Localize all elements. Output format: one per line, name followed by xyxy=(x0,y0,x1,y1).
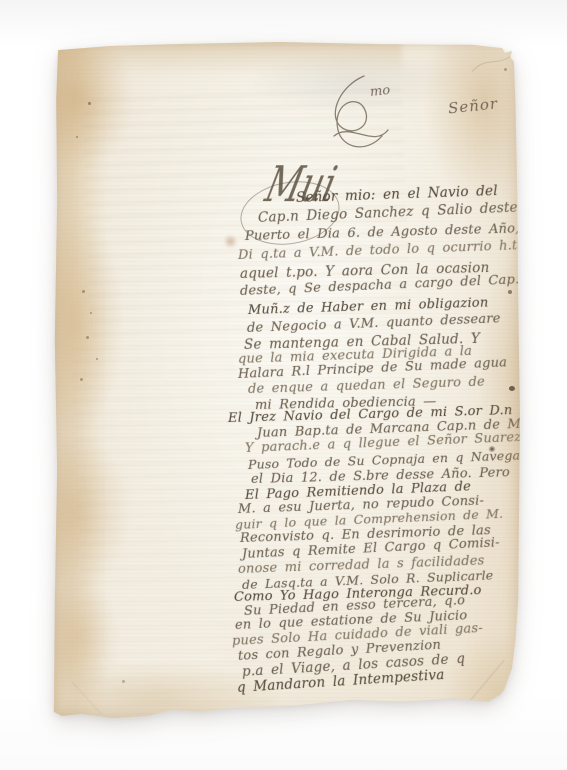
crease-bottom-right xyxy=(460,660,504,713)
foxing-dot xyxy=(122,680,125,683)
heading-superscript: mo xyxy=(369,83,391,100)
foxing-dot xyxy=(96,358,98,360)
corner-flourish xyxy=(470,44,520,80)
foxing-dot xyxy=(82,290,85,293)
foxing-dot xyxy=(88,102,91,105)
foxing-dot xyxy=(90,312,92,314)
stain-top-right-blotch xyxy=(424,42,520,207)
foxing-dot xyxy=(80,378,83,381)
stain-left-band xyxy=(52,40,106,718)
stain-bottom-right-corner xyxy=(447,635,520,718)
stain-left-mid-blob xyxy=(52,215,122,430)
stain-small-spot xyxy=(223,235,238,248)
foxing-dot xyxy=(86,336,89,339)
manuscript-page-wrap: mo Señor Mui Señor mio: en el Navio del … xyxy=(52,40,520,718)
foxing-dot xyxy=(76,136,78,138)
ink-speck xyxy=(508,290,512,294)
stain-top-band xyxy=(57,40,402,74)
stain-left-lower-blob xyxy=(52,435,128,590)
heading-word-senor: Señor xyxy=(447,94,499,117)
stain-gray-smudge-top xyxy=(247,50,457,115)
ink-blot xyxy=(509,386,515,391)
stain-left-bottom-blob xyxy=(52,580,118,695)
manuscript-page: mo Señor Mui Señor mio: en el Navio del … xyxy=(52,40,520,718)
foxing-dot xyxy=(504,68,507,71)
crease-bottom-left xyxy=(71,681,101,714)
stain-left-top-blob xyxy=(52,40,134,170)
